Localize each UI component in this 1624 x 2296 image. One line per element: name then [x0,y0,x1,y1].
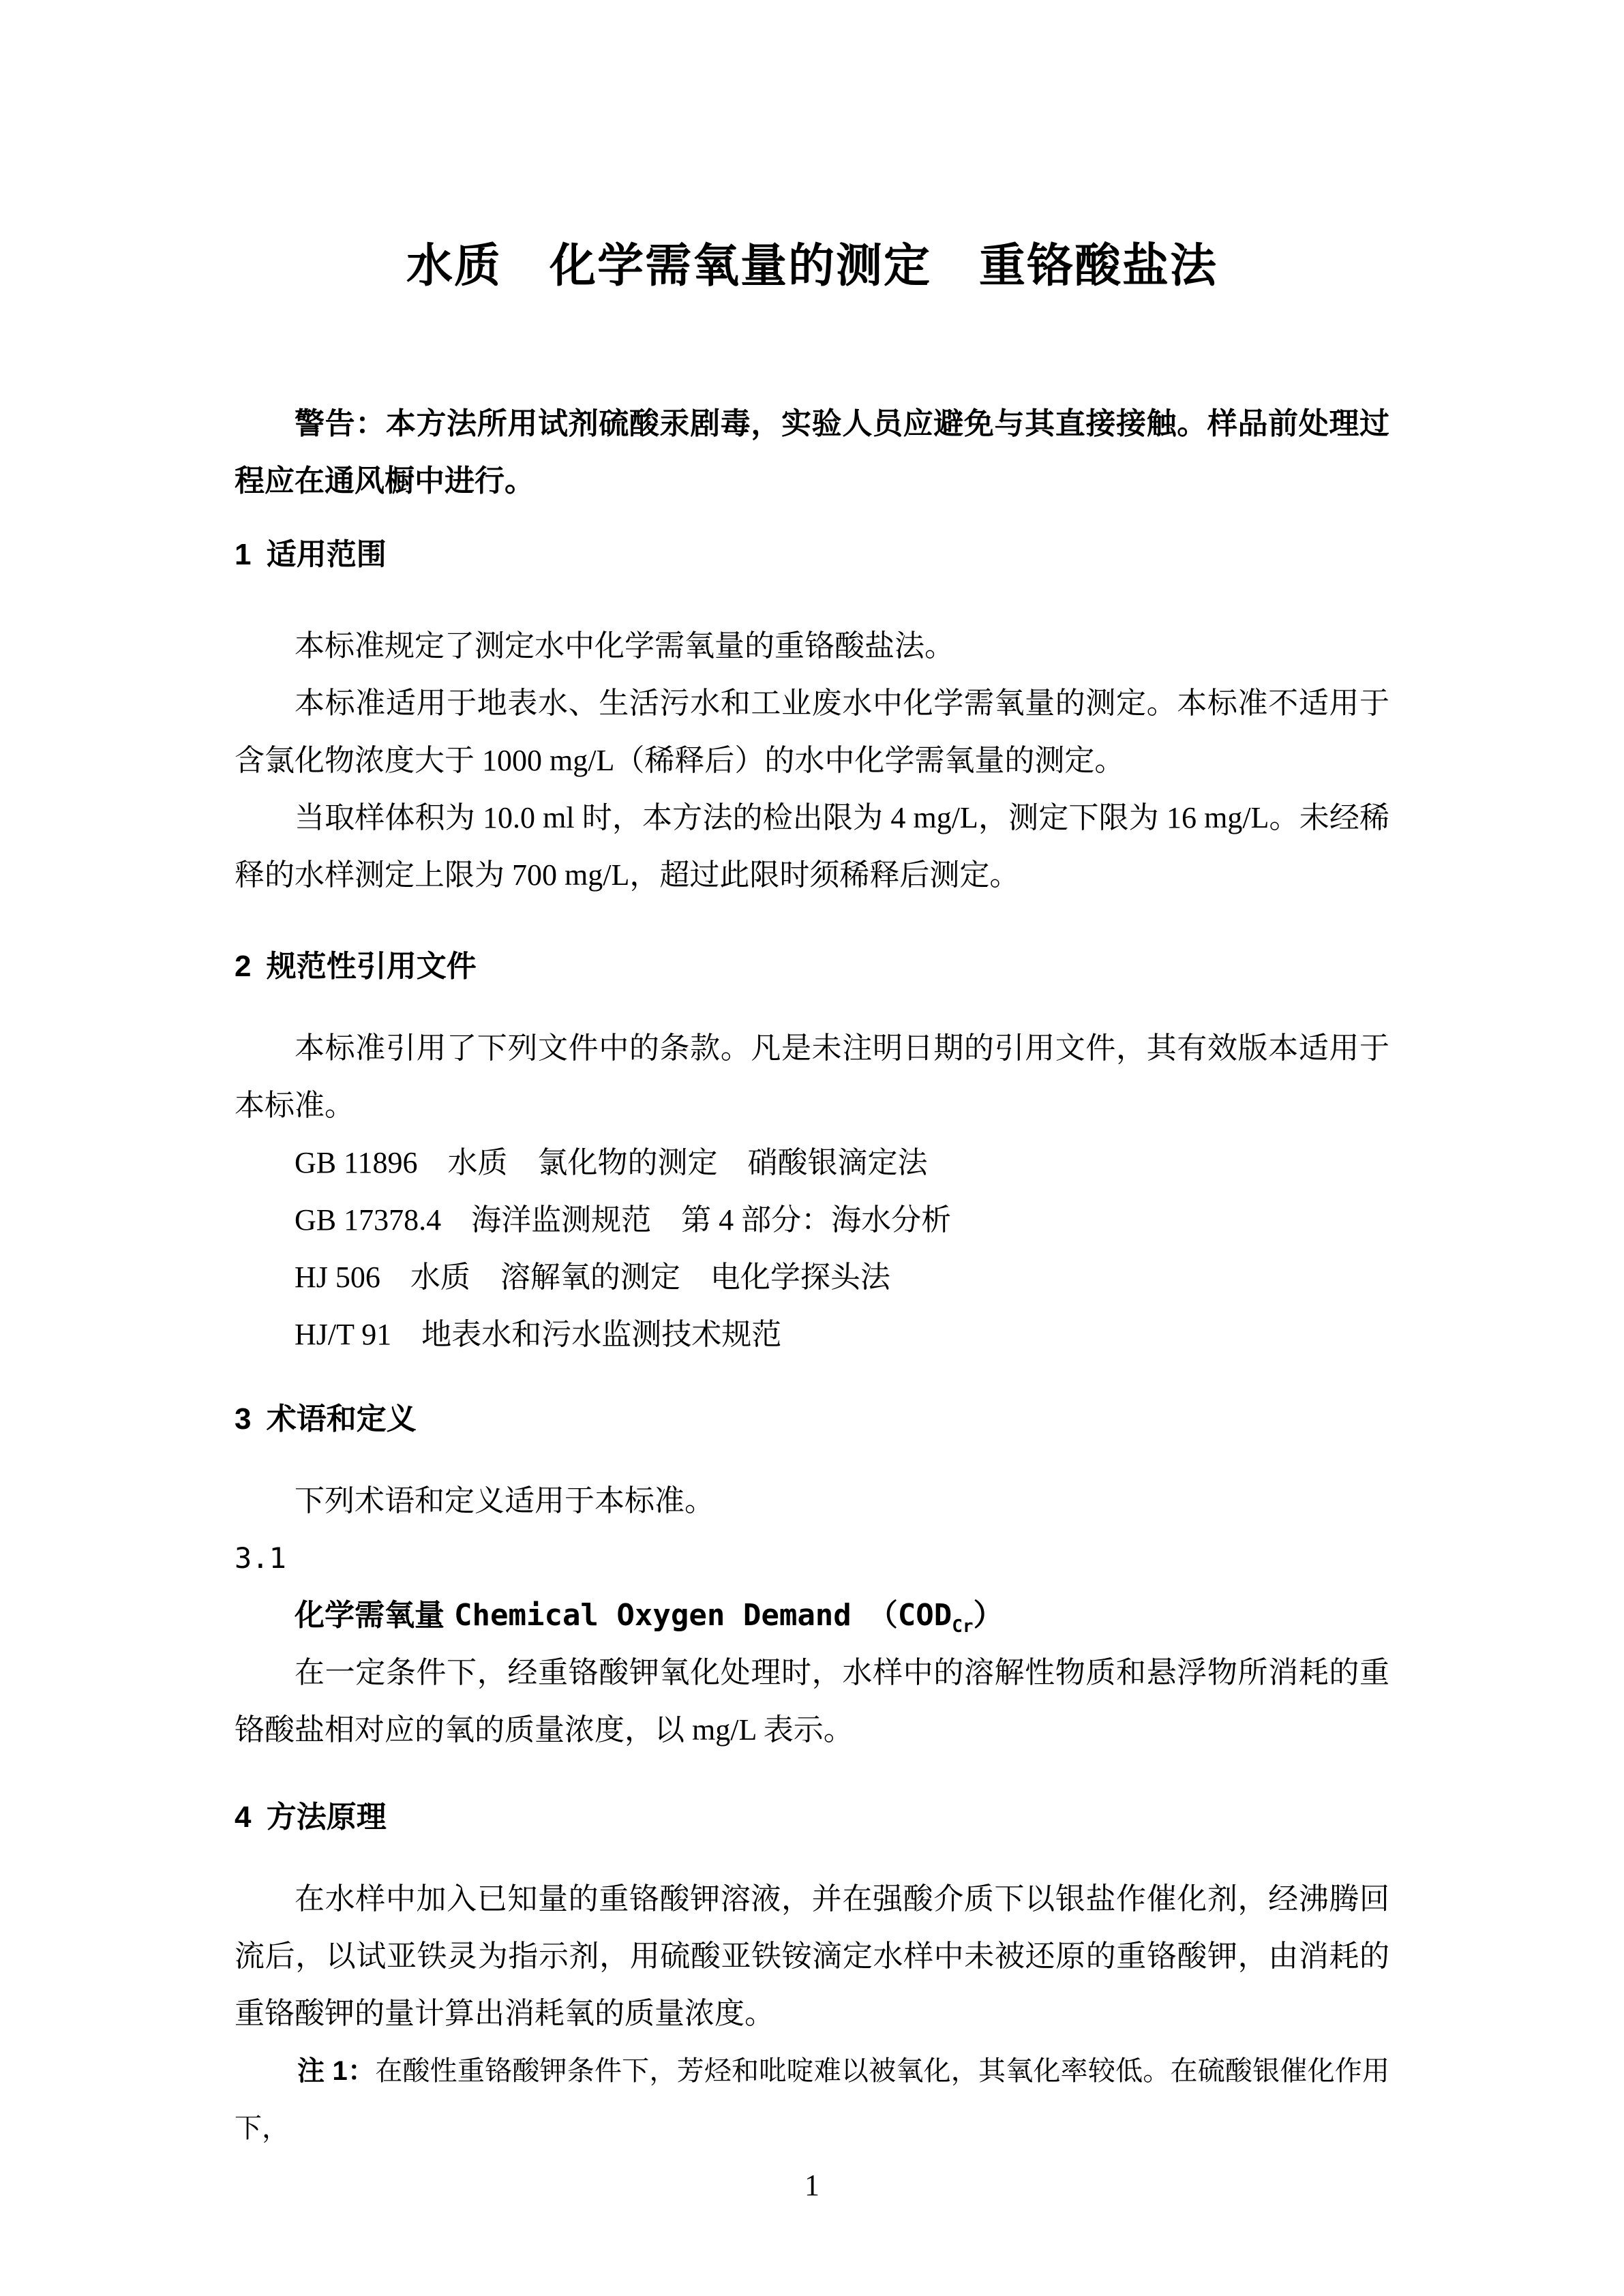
paragraph: 下列术语和定义适用于本标准。 [235,1472,1389,1530]
cod-symbol-suffix: ） [974,1598,1004,1633]
paragraph: 本标准引用了下列文件中的条款。凡是未注明日期的引用文件，其有效版本适用于本标准。 [235,1020,1389,1134]
term-zh: 化学需氧量 [295,1599,445,1632]
paragraph: 在一定条件下，经重铬酸钾氧化处理时，水样中的溶解性物质和悬浮物所消耗的重铬酸盐相… [235,1644,1389,1759]
reference-item: HJ/T 91 地表水和污水监测技术规范 [235,1306,1389,1363]
term-definition-line: 化学需氧量Chemical Oxygen Demand（CODCr） [235,1587,1389,1644]
cod-subscript: Cr [952,1616,973,1637]
section-4-heading: 4 方法原理 [235,1789,1389,1846]
note-label: 注 1： [297,2056,375,2086]
paragraph: 本标准适用于地表水、生活污水和工业废水中化学需氧量的测定。本标准不适用于含氯化物… [235,675,1389,789]
note-paragraph: 注 1：在酸性重铬酸钾条件下，芳烃和吡啶难以被氧化，其氧化率较低。在硫酸银催化作… [235,2042,1389,2157]
term-en: Chemical Oxygen Demand [454,1598,852,1633]
cod-symbol-prefix: （COD [868,1598,952,1633]
paragraph: 当取样体积为 10.0 ml 时，本方法的检出限为 4 mg/L，测定下限为 1… [235,789,1389,904]
reference-item: HJ 506 水质 溶解氧的测定 电化学探头法 [235,1249,1389,1306]
clause-number: 3.1 [235,1530,1389,1587]
warning-paragraph: 警告：本方法所用试剂硫酸汞剧毒，实验人员应避免与其直接接触。样品前处理过程应在通… [235,395,1389,510]
paragraph: 在水样中加入已知量的重铬酸钾溶液，并在强酸介质下以银盐作催化剂，经沸腾回流后，以… [235,1871,1389,2042]
note-text: 在酸性重铬酸钾条件下，芳烃和吡啶难以被氧化，其氧化率较低。在硫酸银催化作用下， [235,2055,1389,2143]
section-2-heading: 2 规范性引用文件 [235,938,1389,995]
reference-item: GB 17378.4 海洋监测规范 第 4 部分：海水分析 [235,1192,1389,1249]
document-page: 水质 化学需氧量的测定 重铬酸盐法 警告：本方法所用试剂硫酸汞剧毒，实验人员应避… [0,0,1624,2296]
paragraph: 本标准规定了测定水中化学需氧量的重铬酸盐法。 [235,618,1389,675]
section-3-heading: 3 术语和定义 [235,1391,1389,1448]
section-1-heading: 1 适用范围 [235,526,1389,584]
document-title: 水质 化学需氧量的测定 重铬酸盐法 [235,237,1389,294]
page-number: 1 [235,2157,1389,2214]
reference-item: GB 11896 水质 氯化物的测定 硝酸银滴定法 [235,1134,1389,1192]
cod-symbol: （CODCr） [868,1598,1004,1633]
